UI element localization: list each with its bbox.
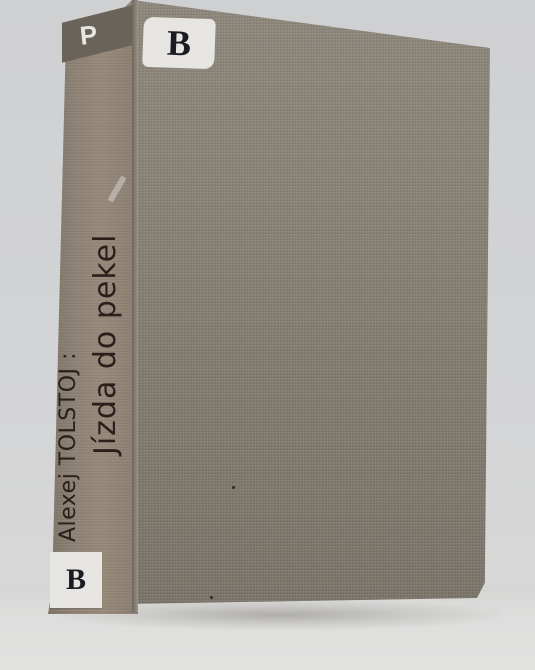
book-front-cover — [120, 0, 490, 604]
spine-title-text: Jízda do pekel — [88, 234, 123, 455]
cover-speck — [232, 486, 235, 489]
cover-label-text: B — [166, 22, 191, 65]
cover-speck — [210, 596, 213, 599]
spine-bottom-label: B — [50, 552, 102, 608]
spine-author-text: Alexej TOLSTOJ : — [56, 352, 81, 542]
spine-top-mark: P — [78, 19, 98, 52]
book-photo-scene: P B Alexej TOLSTOJ : Jízda do pekel B — [0, 0, 535, 670]
spine-hinge — [132, 0, 138, 612]
cover-label: B — [142, 17, 216, 69]
spine-label-text: B — [66, 563, 86, 597]
